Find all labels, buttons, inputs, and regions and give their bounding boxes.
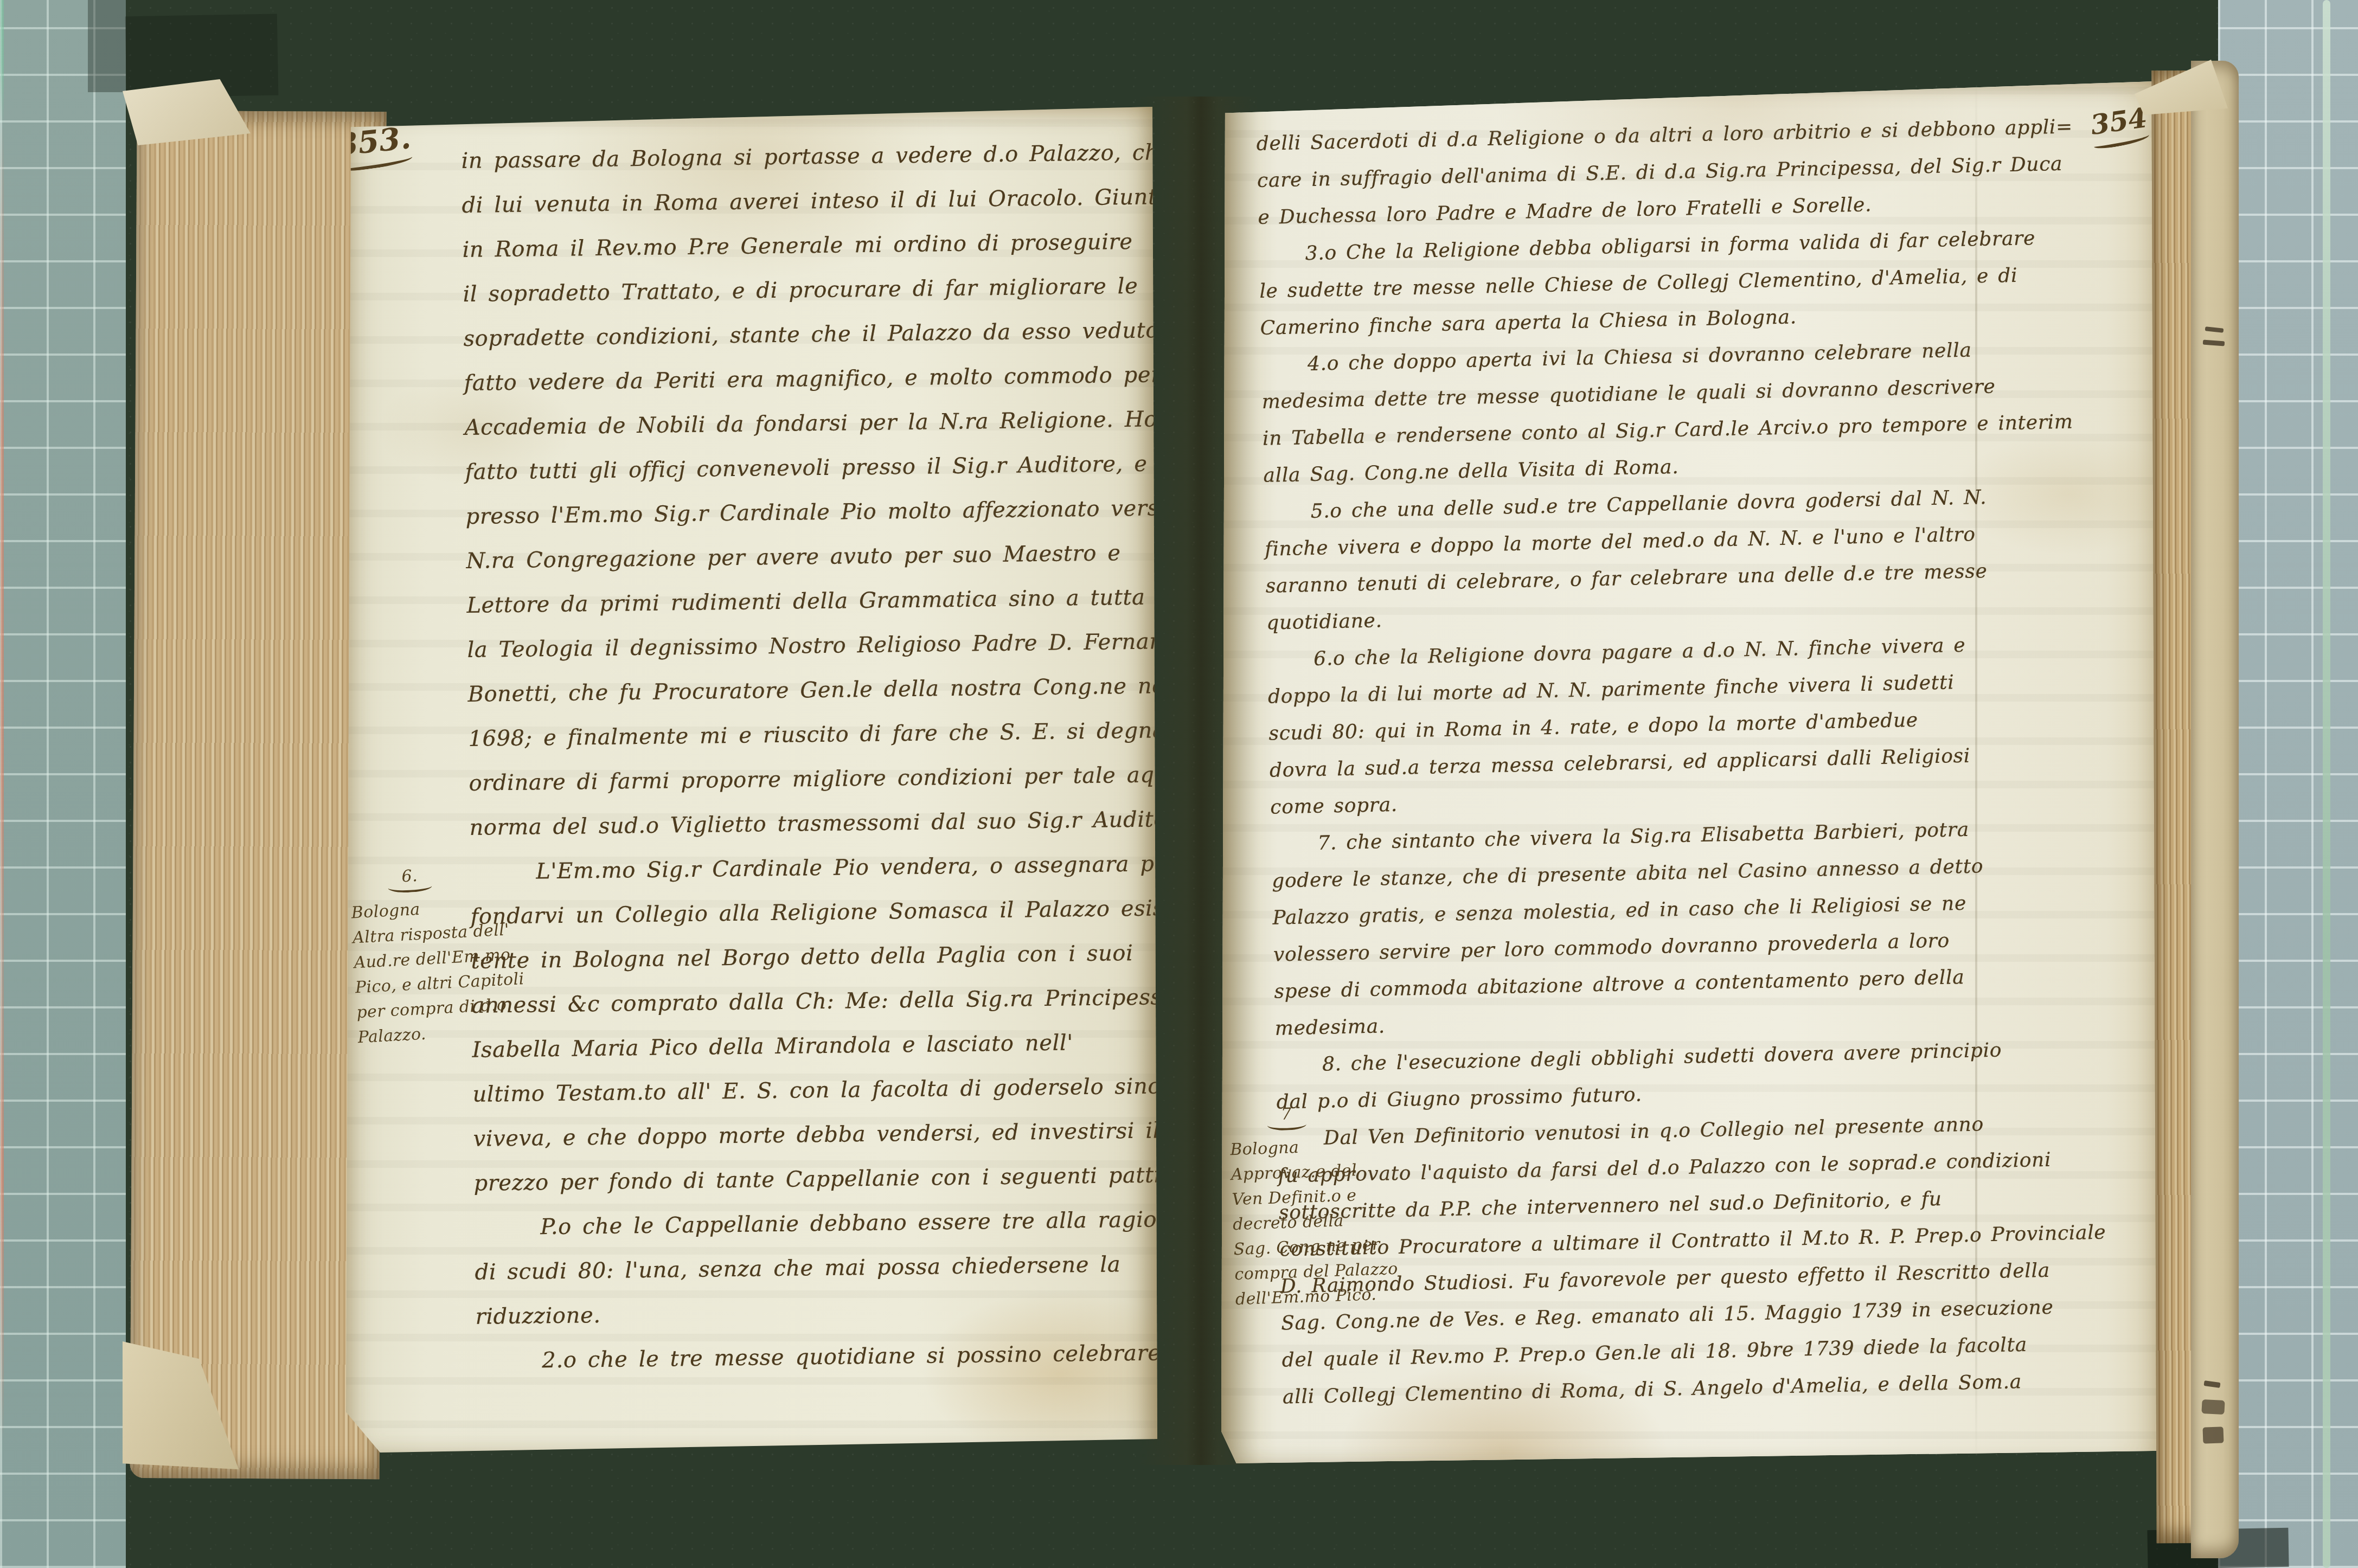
manuscript-line: ordinare di farmi proporre migliore cond…: [469, 753, 1152, 806]
manuscript-line: prezzo per fondo di tante Cappellanie co…: [473, 1153, 1157, 1205]
manuscript-line: riduzzione.: [475, 1286, 1159, 1339]
ink-mark: [2201, 1399, 2225, 1415]
gutter-note: 7 BolognaApprovaz.e delVen Definit.o ede…: [1228, 1097, 1431, 1312]
manuscript-line: Isabella Maria Pico della Mirandola e la…: [472, 1019, 1156, 1072]
ink-mark: [2203, 1380, 2220, 1388]
manuscript-line: norma del sud.o Viglietto trasmessomi da…: [469, 798, 1153, 850]
calibration-strip-line: [2323, 0, 2330, 1568]
manuscript-line: annessi &c comprato dalla Ch: Me: della …: [471, 975, 1155, 1027]
manuscript-line: ultimo Testam.to all' E. S. con la facol…: [472, 1064, 1156, 1116]
manuscript-line: fatto vedere da Periti era magnifico, e …: [464, 353, 1148, 406]
gutter-note-number: 7: [1266, 1101, 1306, 1130]
manuscript-line: in passare da Bologna si portasse a vede…: [461, 131, 1145, 183]
manuscript-line: Lettore da primi rudimenti della Grammat…: [466, 575, 1150, 628]
manuscript-line: di scudi 80: l'una, senza che mai possa …: [475, 1242, 1158, 1294]
manuscript-line: 2.o che le tre messe quotidiane si possi…: [476, 1331, 1159, 1383]
manuscript-line: viveva, e che doppo morte debba vendersi…: [473, 1108, 1157, 1161]
ink-mark: [2203, 340, 2225, 346]
calibration-grid-right: [2218, 0, 2358, 1568]
margin-note-number: 6.: [387, 863, 432, 894]
right-page: 354 7 BolognaApprovaz.e delVen Definit.o…: [1221, 77, 2163, 1466]
manuscript-line: in Roma il Rev.mo P.re Generale mi ordin…: [462, 220, 1146, 272]
manuscript-line: tente in Bologna nel Borgo detto della P…: [471, 930, 1155, 983]
manuscript-line: fatto tutti gli officj convenevoli press…: [465, 442, 1149, 494]
manuscript-line: sopradette condizioni, stante che il Pal…: [463, 309, 1147, 361]
manuscript-line: N.ra Congregazione per avere avuto per s…: [466, 531, 1150, 583]
manuscript-line: di lui venuta in Roma averei inteso il d…: [462, 175, 1145, 228]
left-page: 353. 6. BolognaAltra risposta dell'Aud.r…: [346, 104, 1157, 1455]
manuscript-line: P.o che le Cappellanie debbano essere tr…: [474, 1197, 1158, 1250]
manuscript-line: L'Em.mo Sig.r Cardinale Pio vendera, o a…: [470, 842, 1154, 895]
manuscript-line: Accademia de Nobili da fondarsi per la N…: [464, 397, 1148, 450]
ink-mark: [2202, 1426, 2224, 1443]
gutter-note-lines: BolognaApprovaz.e delVen Definit.o edecr…: [1230, 1131, 1431, 1312]
parchment-cover-right: [2191, 61, 2239, 1558]
manuscript-line: fondarvi un Collegio alla Religione Soma…: [470, 886, 1154, 939]
calibration-grid-left: [0, 0, 126, 1568]
ink-mark: [2205, 326, 2224, 333]
manuscript-line: il sopradetto Trattato, e di procurare d…: [463, 264, 1146, 317]
photo-stage: 353. 6. BolognaAltra risposta dell'Aud.r…: [0, 0, 2358, 1568]
manuscript-line: Bonetti, che fu Procuratore Gen.le della…: [467, 664, 1151, 717]
manuscript-line: la Teologia il degnissimo Nostro Religio…: [467, 620, 1151, 672]
manuscript-text-left: in passare da Bologna si portasse a vede…: [461, 131, 1159, 1384]
manuscript-line: presso l'Em.mo Sig.r Cardinale Pio molto…: [465, 486, 1149, 539]
manuscript-line: 1698; e finalmente mi e riuscito di fare…: [468, 709, 1152, 761]
